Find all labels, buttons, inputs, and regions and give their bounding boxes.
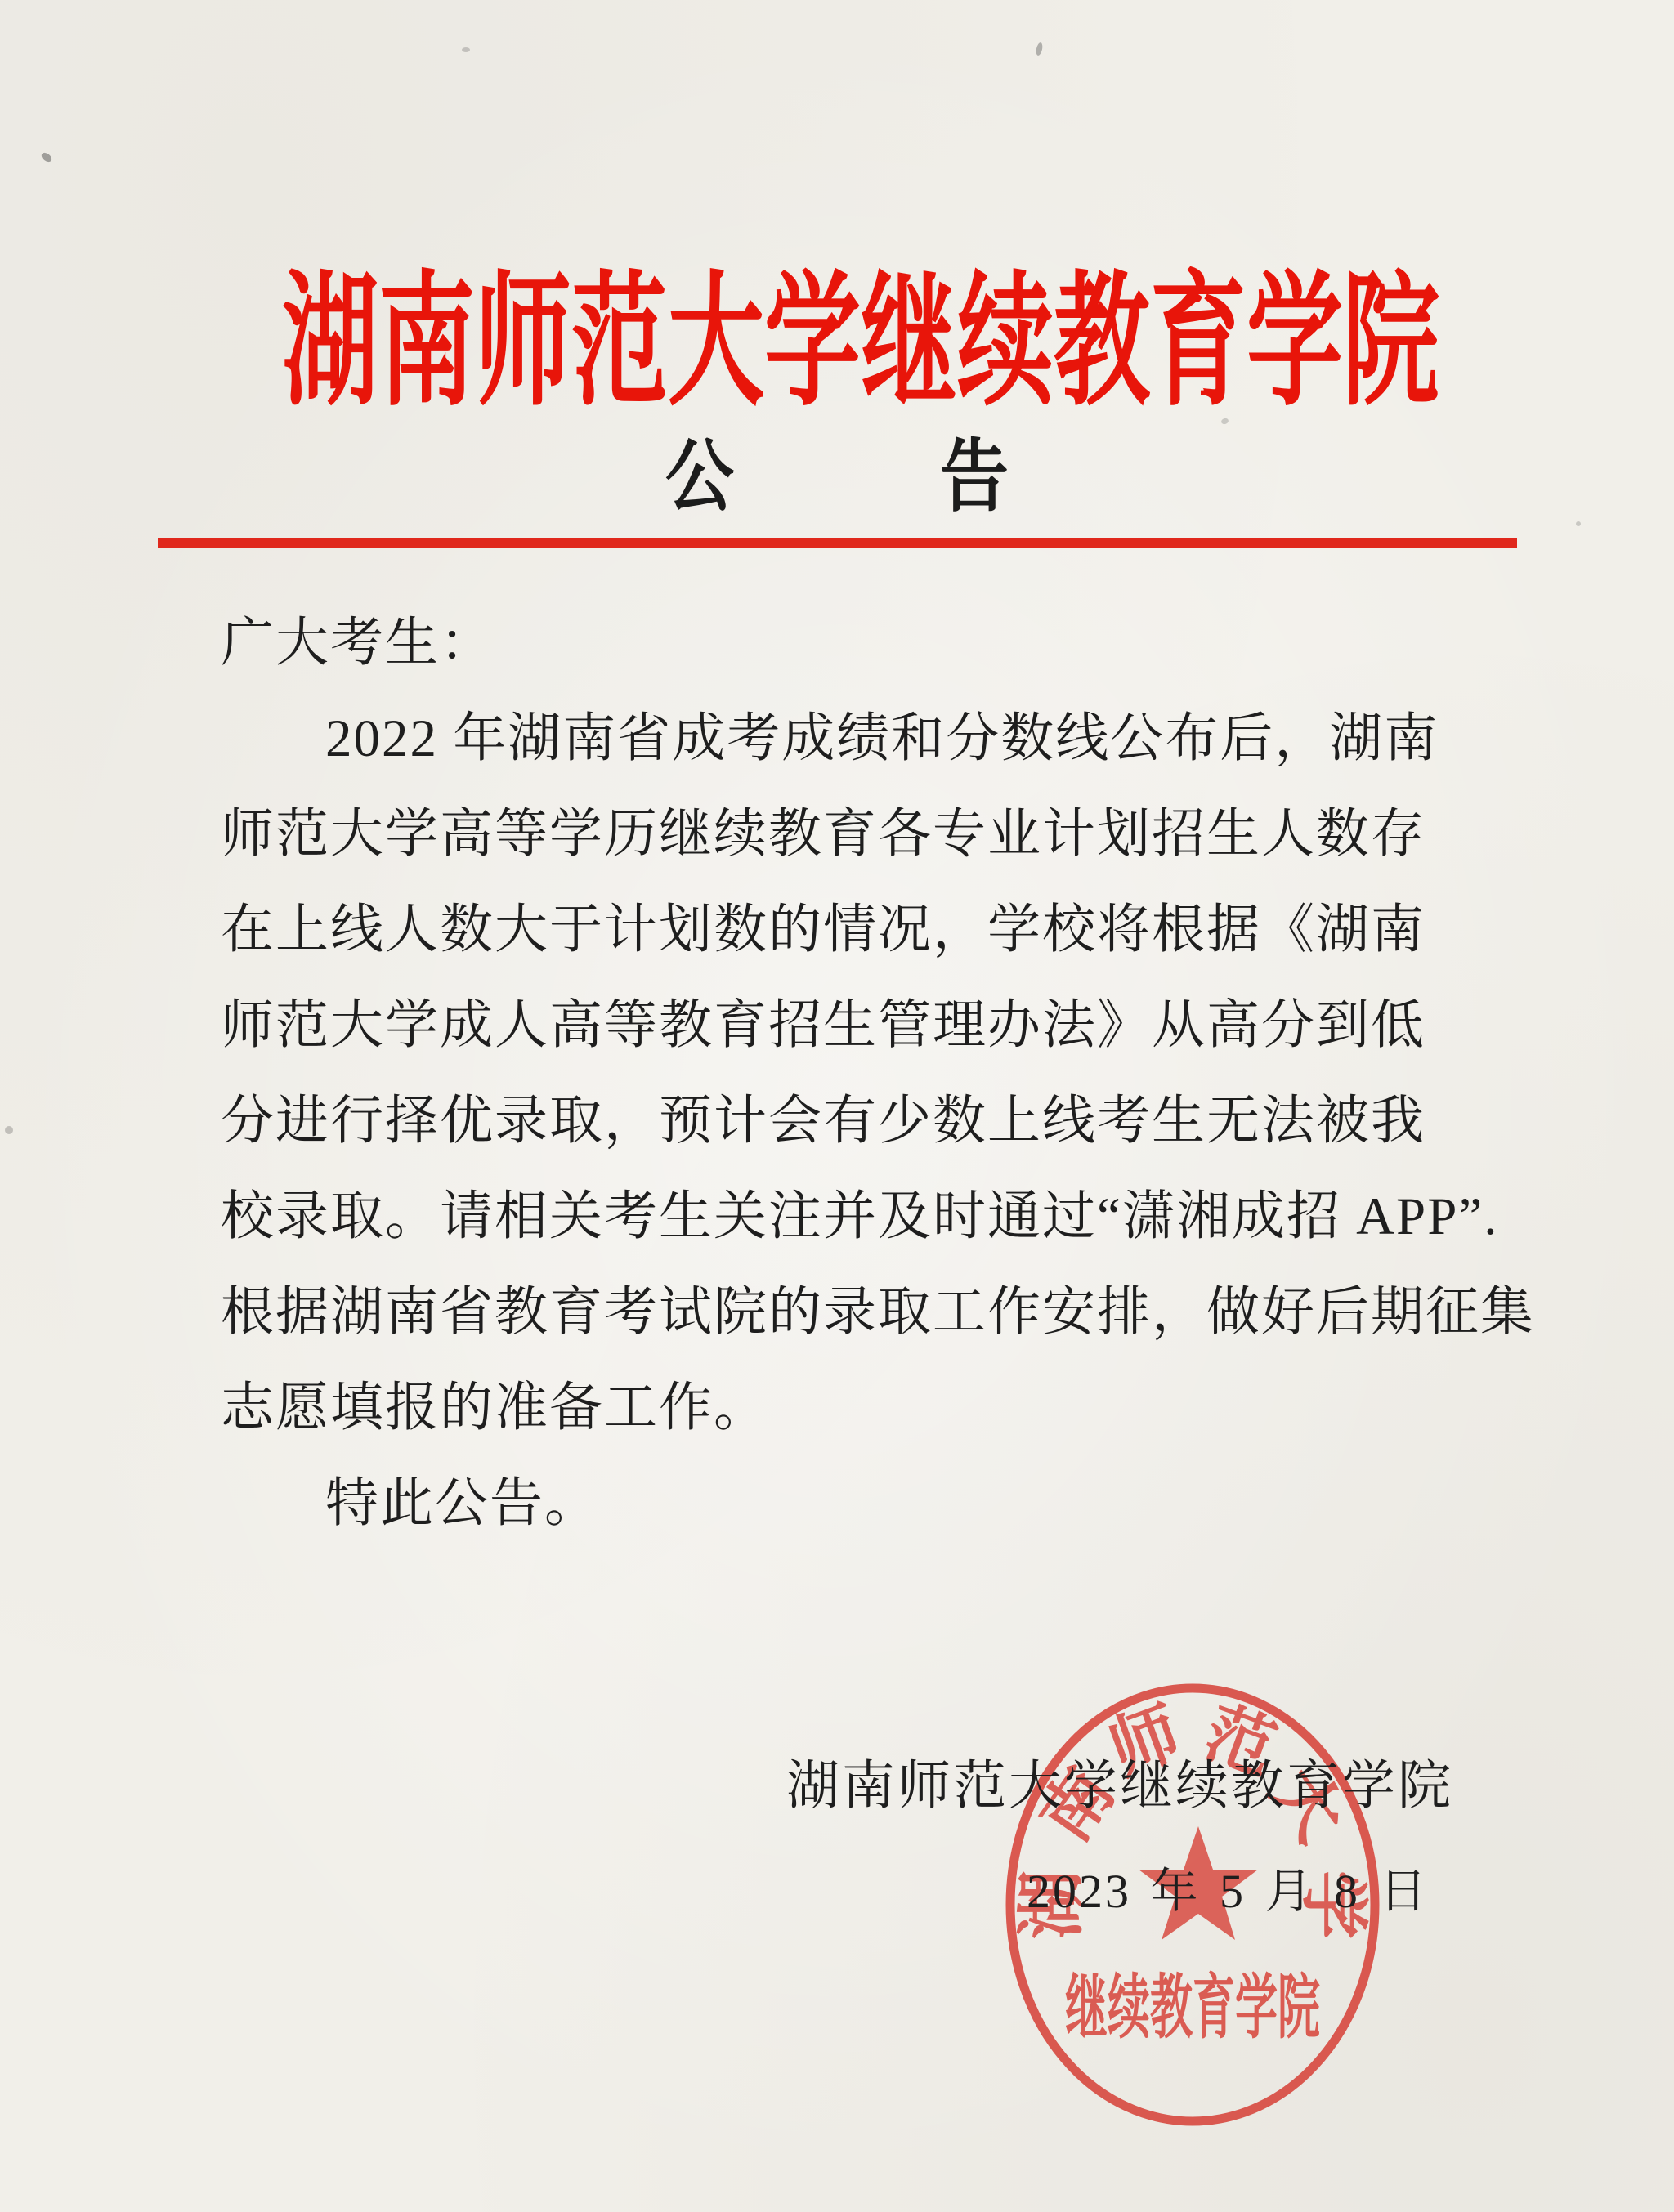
body-line: 师范大学高等学历继续教育各专业计划招生人数存 [221, 787, 1561, 883]
closing-line: 特此公告。 [221, 1456, 1561, 1552]
red-divider-rule [158, 538, 1517, 548]
scan-artifact [1035, 42, 1043, 56]
signature: 湖南师范大学继续教育学院 [786, 1758, 1453, 1814]
body-line: 校录取。请相关考生关注并及时通过“潇湘成招 APP”. [221, 1169, 1561, 1265]
scan-artifact [462, 47, 470, 52]
body-line: 在上线人数大于计划数的情况，学校将根据《湖南 [221, 883, 1561, 978]
date: 2023 年 5 月 8 日 [1027, 1867, 1430, 1916]
salutation-line: 广大考生： [221, 596, 1561, 691]
scan-artifact [5, 1126, 13, 1134]
body-line: 分进行择优录取，预计会有少数上线考生无法被我 [221, 1074, 1561, 1169]
institution-title: 湖南师范大学继续教育学院 [0, 225, 1674, 433]
announcement-body: 广大考生： 2022 年湖南省成考成绩和分数线公布后，湖南 师范大学高等学历继续… [221, 596, 1561, 1552]
body-line: 师范大学成人高等教育招生管理办法》从高分到低 [221, 978, 1561, 1074]
announcement-page: 湖南师范大学继续教育学院 公 告 广大考生： 2022 年湖南省成考成绩和分数线… [0, 0, 1674, 2212]
body-line: 根据湖南省教育考试院的录取工作安排，做好后期征集 [221, 1265, 1561, 1361]
body-line: 志愿填报的准备工作。 [221, 1361, 1561, 1456]
seal-bottom-text: 继续教育学院 [1065, 1968, 1320, 2047]
doc-type-title: 公 告 [0, 413, 1674, 527]
scan-artifact [40, 151, 54, 164]
body-line: 2022 年湖南省成考成绩和分数线公布后，湖南 [221, 691, 1561, 787]
